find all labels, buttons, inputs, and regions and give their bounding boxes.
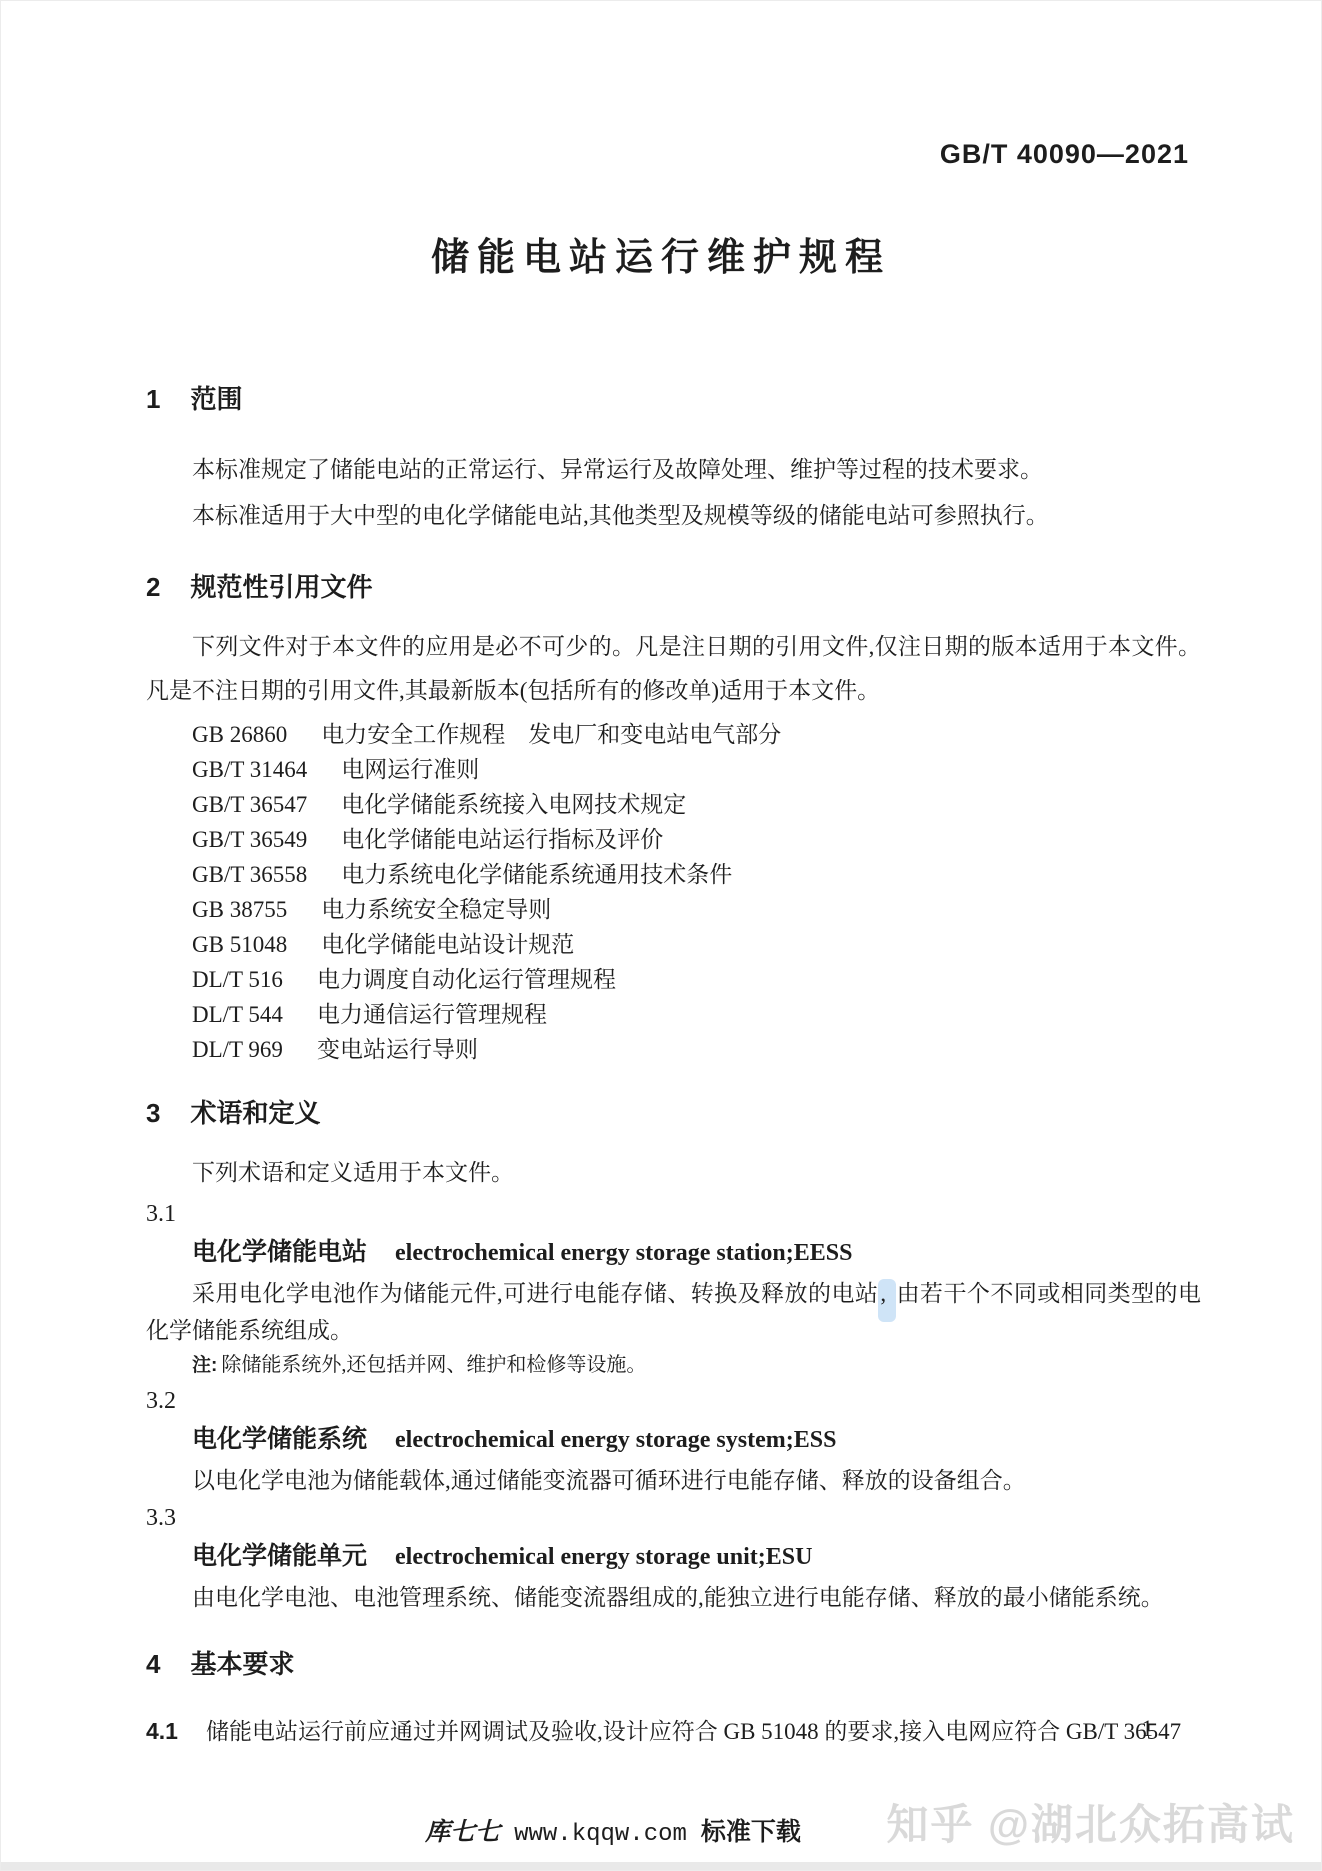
reference-title: 电网运行准则 [341,757,479,782]
highlight-mark: , [878,1279,896,1322]
section-4-heading: 4基本要求 [146,1646,1201,1682]
section-1-paragraph: 本标准适用于大中型的电化学储能电站,其他类型及规模等级的储能电站可参照执行。 [146,493,1201,539]
footer-site-label: 标准下载 [701,1819,801,1846]
reference-title: 电化学储能系统接入电网技术规定 [341,792,686,817]
term-name-zh: 电化学储能电站 [192,1238,367,1266]
section-4-title: 基本要求 [190,1649,294,1679]
reference-row: DL/T 516电力调度自动化运行管理规程 [192,962,1201,997]
standard-document-page: GB/T 40090—2021 储能电站运行维护规程 1范围 本标准规定了储能电… [0,0,1322,1871]
reference-code: DL/T 969 [192,1032,283,1067]
term-number: 3.3 [146,1499,1201,1537]
reference-code: GB 26860 [192,717,287,752]
reference-title: 电力调度自动化运行管理规程 [317,967,616,992]
term-name-row: 电化学储能电站electrochemical energy storage st… [192,1233,1201,1275]
reference-title: 电力系统安全稳定导则 [321,897,551,922]
term-name-zh: 电化学储能系统 [192,1425,367,1453]
section-2-heading: 2规范性引用文件 [146,569,1201,605]
term-name-row: 电化学储能系统electrochemical energy storage sy… [192,1420,1201,1462]
reference-title: 电力安全工作规程 发电厂和变电站电气部分 [321,722,781,747]
section-3-number: 3 [146,1095,160,1131]
page-number: 1 [1142,1716,1154,1742]
reference-list: GB 26860电力安全工作规程 发电厂和变电站电气部分 GB/T 31464电… [146,717,1201,1067]
reference-row: GB 38755电力系统安全稳定导则 [192,892,1201,927]
document-body: 1范围 本标准规定了储能电站的正常运行、异常运行及故障处理、维护等过程的技术要求… [146,381,1201,1753]
section-1-title: 范围 [190,384,242,414]
reference-code: GB 38755 [192,892,287,927]
term-number: 3.2 [146,1382,1201,1420]
reference-row: GB/T 31464电网运行准则 [192,752,1201,787]
reference-row: DL/T 969变电站运行导则 [192,1032,1201,1067]
section-3-heading: 3术语和定义 [146,1095,1201,1131]
reference-code: DL/T 516 [192,962,283,997]
section-2-number: 2 [146,569,160,605]
section-2-intro: 下列文件对于本文件的应用是必不可少的。凡是注日期的引用文件,仅注日期的版本适用于… [146,625,1201,713]
reference-title: 电力通信运行管理规程 [317,1002,547,1027]
term-number: 3.1 [146,1195,1201,1233]
note-label: 注: [192,1355,217,1376]
reference-code: GB 51048 [192,927,287,962]
section-3-intro: 下列术语和定义适用于本文件。 [146,1151,1201,1195]
reference-row: DL/T 544电力通信运行管理规程 [192,997,1201,1032]
reference-row: GB/T 36547电化学储能系统接入电网技术规定 [192,787,1201,822]
term-note: 注:除储能系统外,还包括并网、维护和检修等设施。 [192,1349,1201,1382]
note-text: 除储能系统外,还包括并网、维护和检修等设施。 [221,1354,646,1376]
watermark: 知乎 @湖北众拓高试 [886,1792,1295,1852]
section-1-number: 1 [146,381,160,417]
footer-site-name: 库七七 [425,1819,500,1846]
reference-row: GB 51048电化学储能电站设计规范 [192,927,1201,962]
definition-text: 采用电化学电池作为储能元件,可进行电能存储、转换及释放的电站 [192,1281,878,1306]
term-definition: 由电化学电池、电池管理系统、储能变流器组成的,能独立进行电能存储、释放的最小储能… [146,1579,1201,1616]
reference-code: GB/T 36549 [192,822,307,857]
section-4-number: 4 [146,1646,160,1682]
reference-row: GB 26860电力安全工作规程 发电厂和变电站电气部分 [192,717,1201,752]
term-name-en: electrochemical energy storage system;ES… [395,1427,836,1453]
section-2-title: 规范性引用文件 [190,572,372,602]
reference-title: 电化学储能电站设计规范 [321,932,574,957]
clause-4-1: 4.1储能电站运行前应通过并网调试及验收,设计应符合 GB 51048 的要求,… [146,1710,1201,1753]
page-title: 储能电站运行维护规程 [1,226,1321,281]
section-1-paragraph: 本标准规定了储能电站的正常运行、异常运行及故障处理、维护等过程的技术要求。 [146,447,1201,493]
reference-title: 电化学储能电站运行指标及评价 [341,827,663,852]
bottom-edge-divider [1,1862,1321,1870]
reference-title: 变电站运行导则 [317,1037,478,1062]
term-definition: 采用电化学电池作为储能元件,可进行电能存储、转换及释放的电站,由若干个不同或相同… [146,1275,1201,1349]
reference-row: GB/T 36549电化学储能电站运行指标及评价 [192,822,1201,857]
term-name-en: electrochemical energy storage unit;ESU [395,1544,812,1570]
reference-title: 电力系统电化学储能系统通用技术条件 [341,862,732,887]
clause-number: 4.1 [146,1718,178,1744]
term-name-en: electrochemical energy storage station;E… [395,1240,852,1266]
doc-code: GB/T 40090—2021 [1,139,1321,170]
reference-code: DL/T 544 [192,997,283,1032]
term-name-zh: 电化学储能单元 [192,1542,367,1570]
section-1-heading: 1范围 [146,381,1201,417]
reference-code: GB/T 36547 [192,787,307,822]
reference-code: GB/T 36558 [192,857,307,892]
footer-site-url: www.kqqw.com [514,1821,687,1848]
term-definition: 以电化学电池为储能载体,通过储能变流器可循环进行电能存储、释放的设备组合。 [146,1462,1201,1499]
reference-row: GB/T 36558电力系统电化学储能系统通用技术条件 [192,857,1201,892]
section-3-title: 术语和定义 [190,1098,320,1128]
term-name-row: 电化学储能单元electrochemical energy storage un… [192,1537,1201,1579]
clause-text: 储能电站运行前应通过并网调试及验收,设计应符合 GB 51048 的要求,接入电… [206,1719,1181,1744]
reference-code: GB/T 31464 [192,752,307,787]
